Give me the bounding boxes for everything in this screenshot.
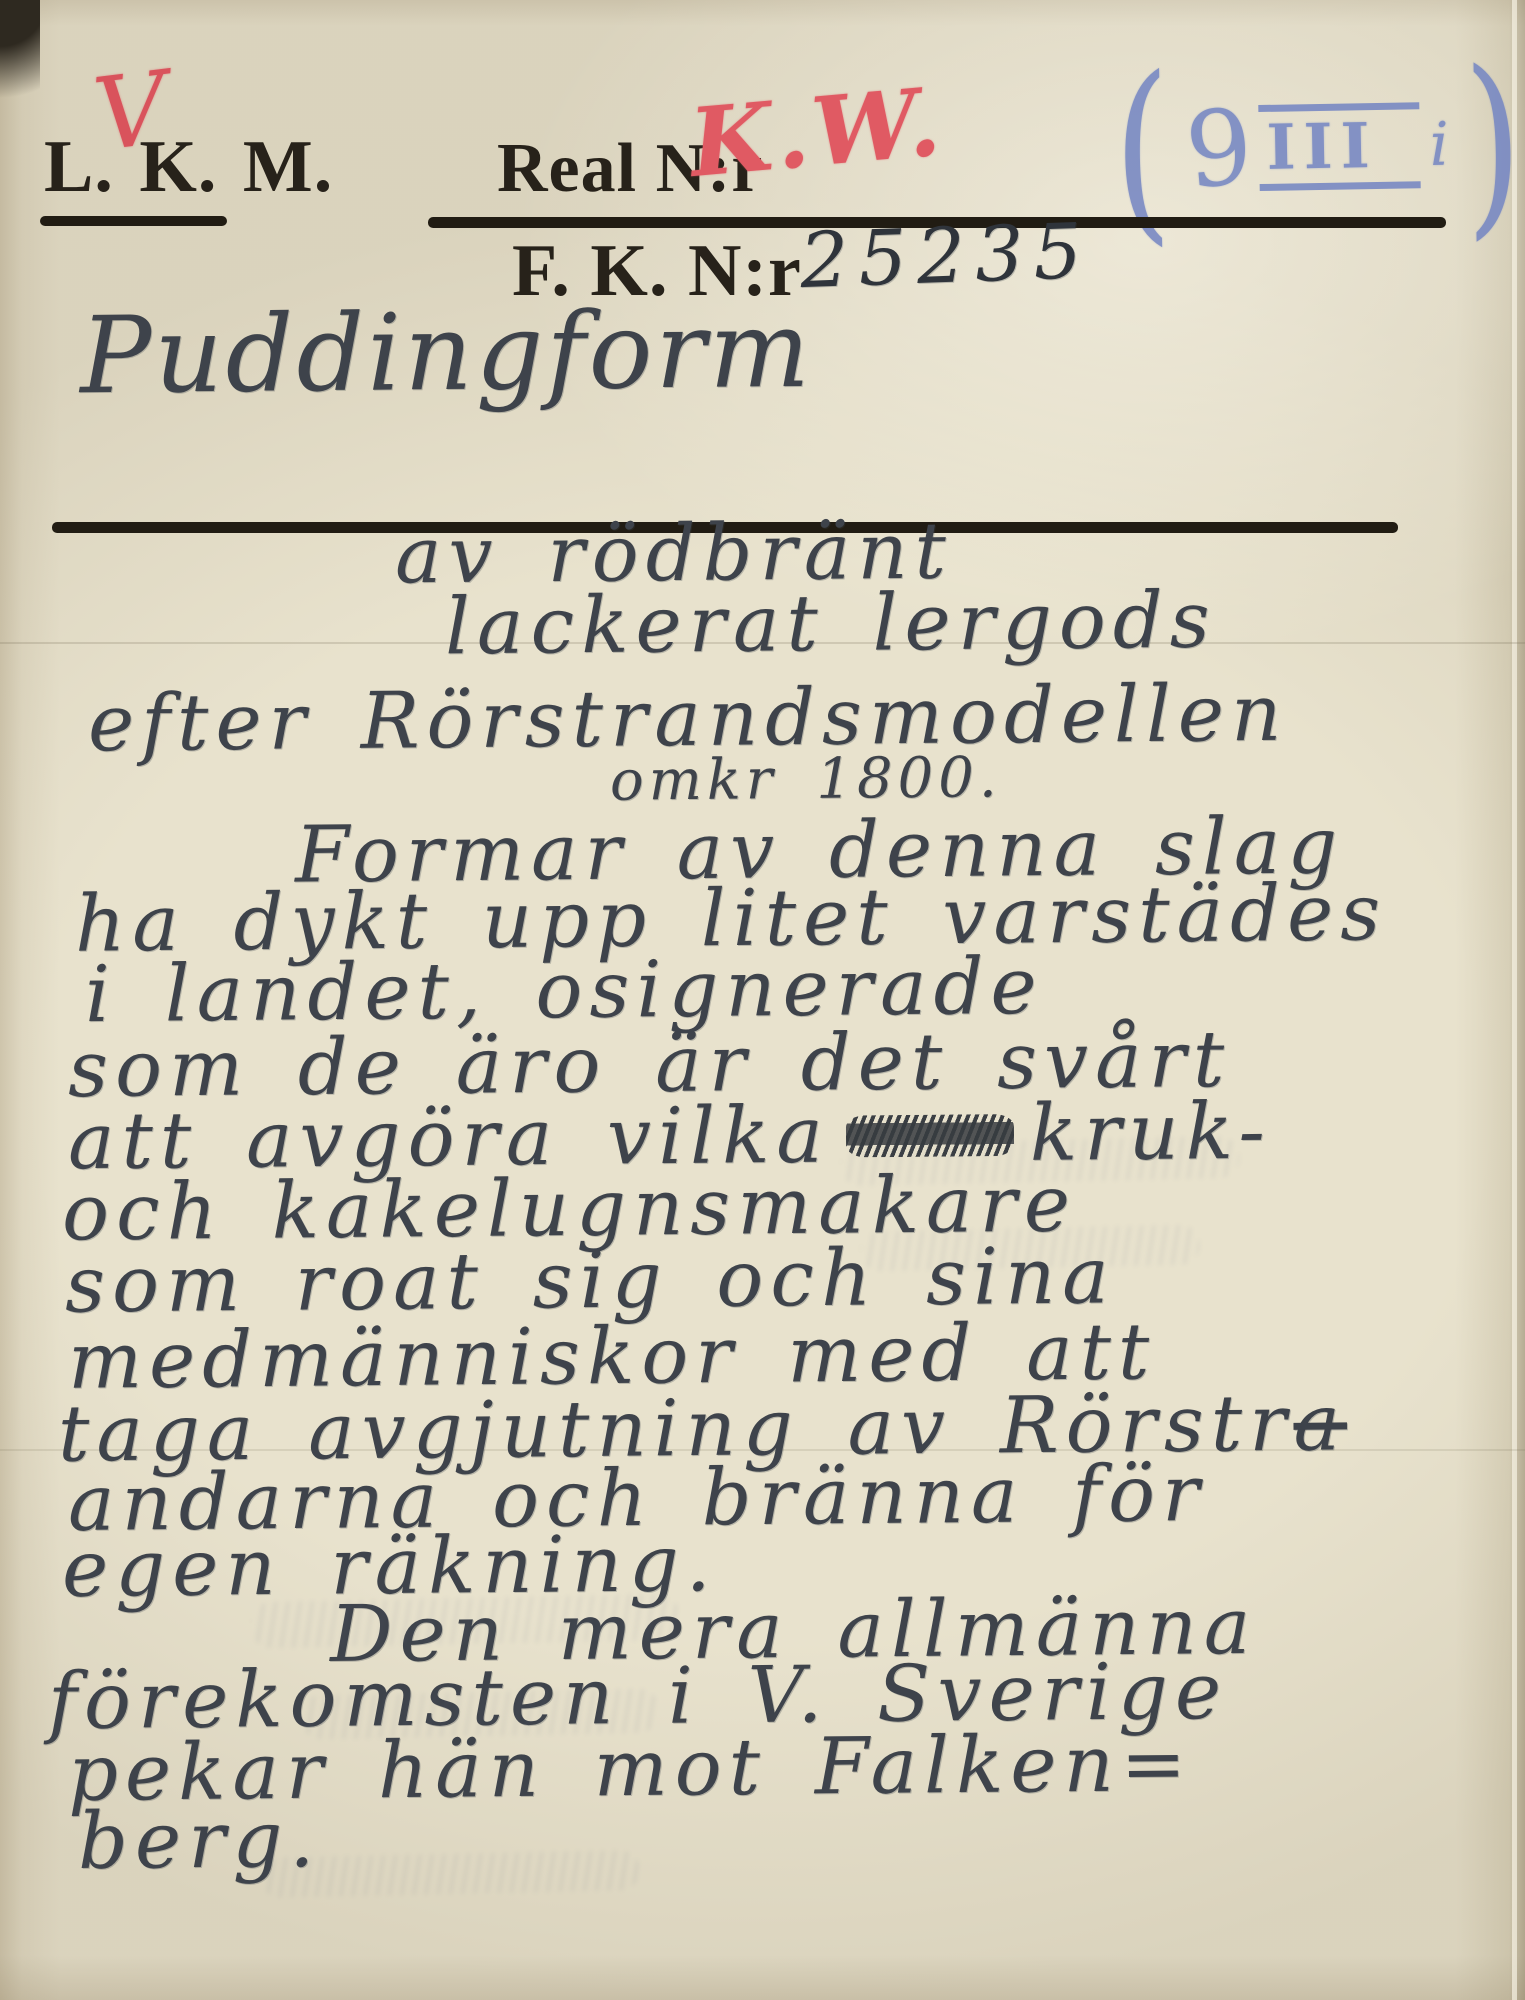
header-rule-left: [40, 216, 227, 226]
handwritten-line: omkr 1800.: [610, 750, 1002, 809]
page-corner-shadow: [0, 0, 40, 130]
object-title: Puddingform: [80, 297, 813, 409]
close-paren: ): [1463, 55, 1523, 232]
real-nr-red-initials: K.W.: [686, 75, 947, 191]
catalog-card-scan: V L. K. M. Real N:r K.W. ( 9 III i ) F. …: [0, 0, 1525, 2000]
classification-number: 9: [1182, 94, 1257, 203]
handwritten-line: berg.: [78, 1801, 322, 1881]
struck-letter: a: [1293, 1378, 1347, 1468]
handwritten-line: lackerat lergods: [445, 582, 1217, 667]
classification-roman: III: [1258, 102, 1420, 191]
museum-code-label: L. K. M.: [44, 130, 333, 204]
page-right-edge: [1512, 0, 1517, 2000]
classification-letter: i: [1429, 115, 1449, 175]
open-paren: (: [1112, 61, 1172, 238]
scribbled-out-word: [846, 1114, 1014, 1157]
fk-nr-value: 25235: [799, 213, 1093, 299]
